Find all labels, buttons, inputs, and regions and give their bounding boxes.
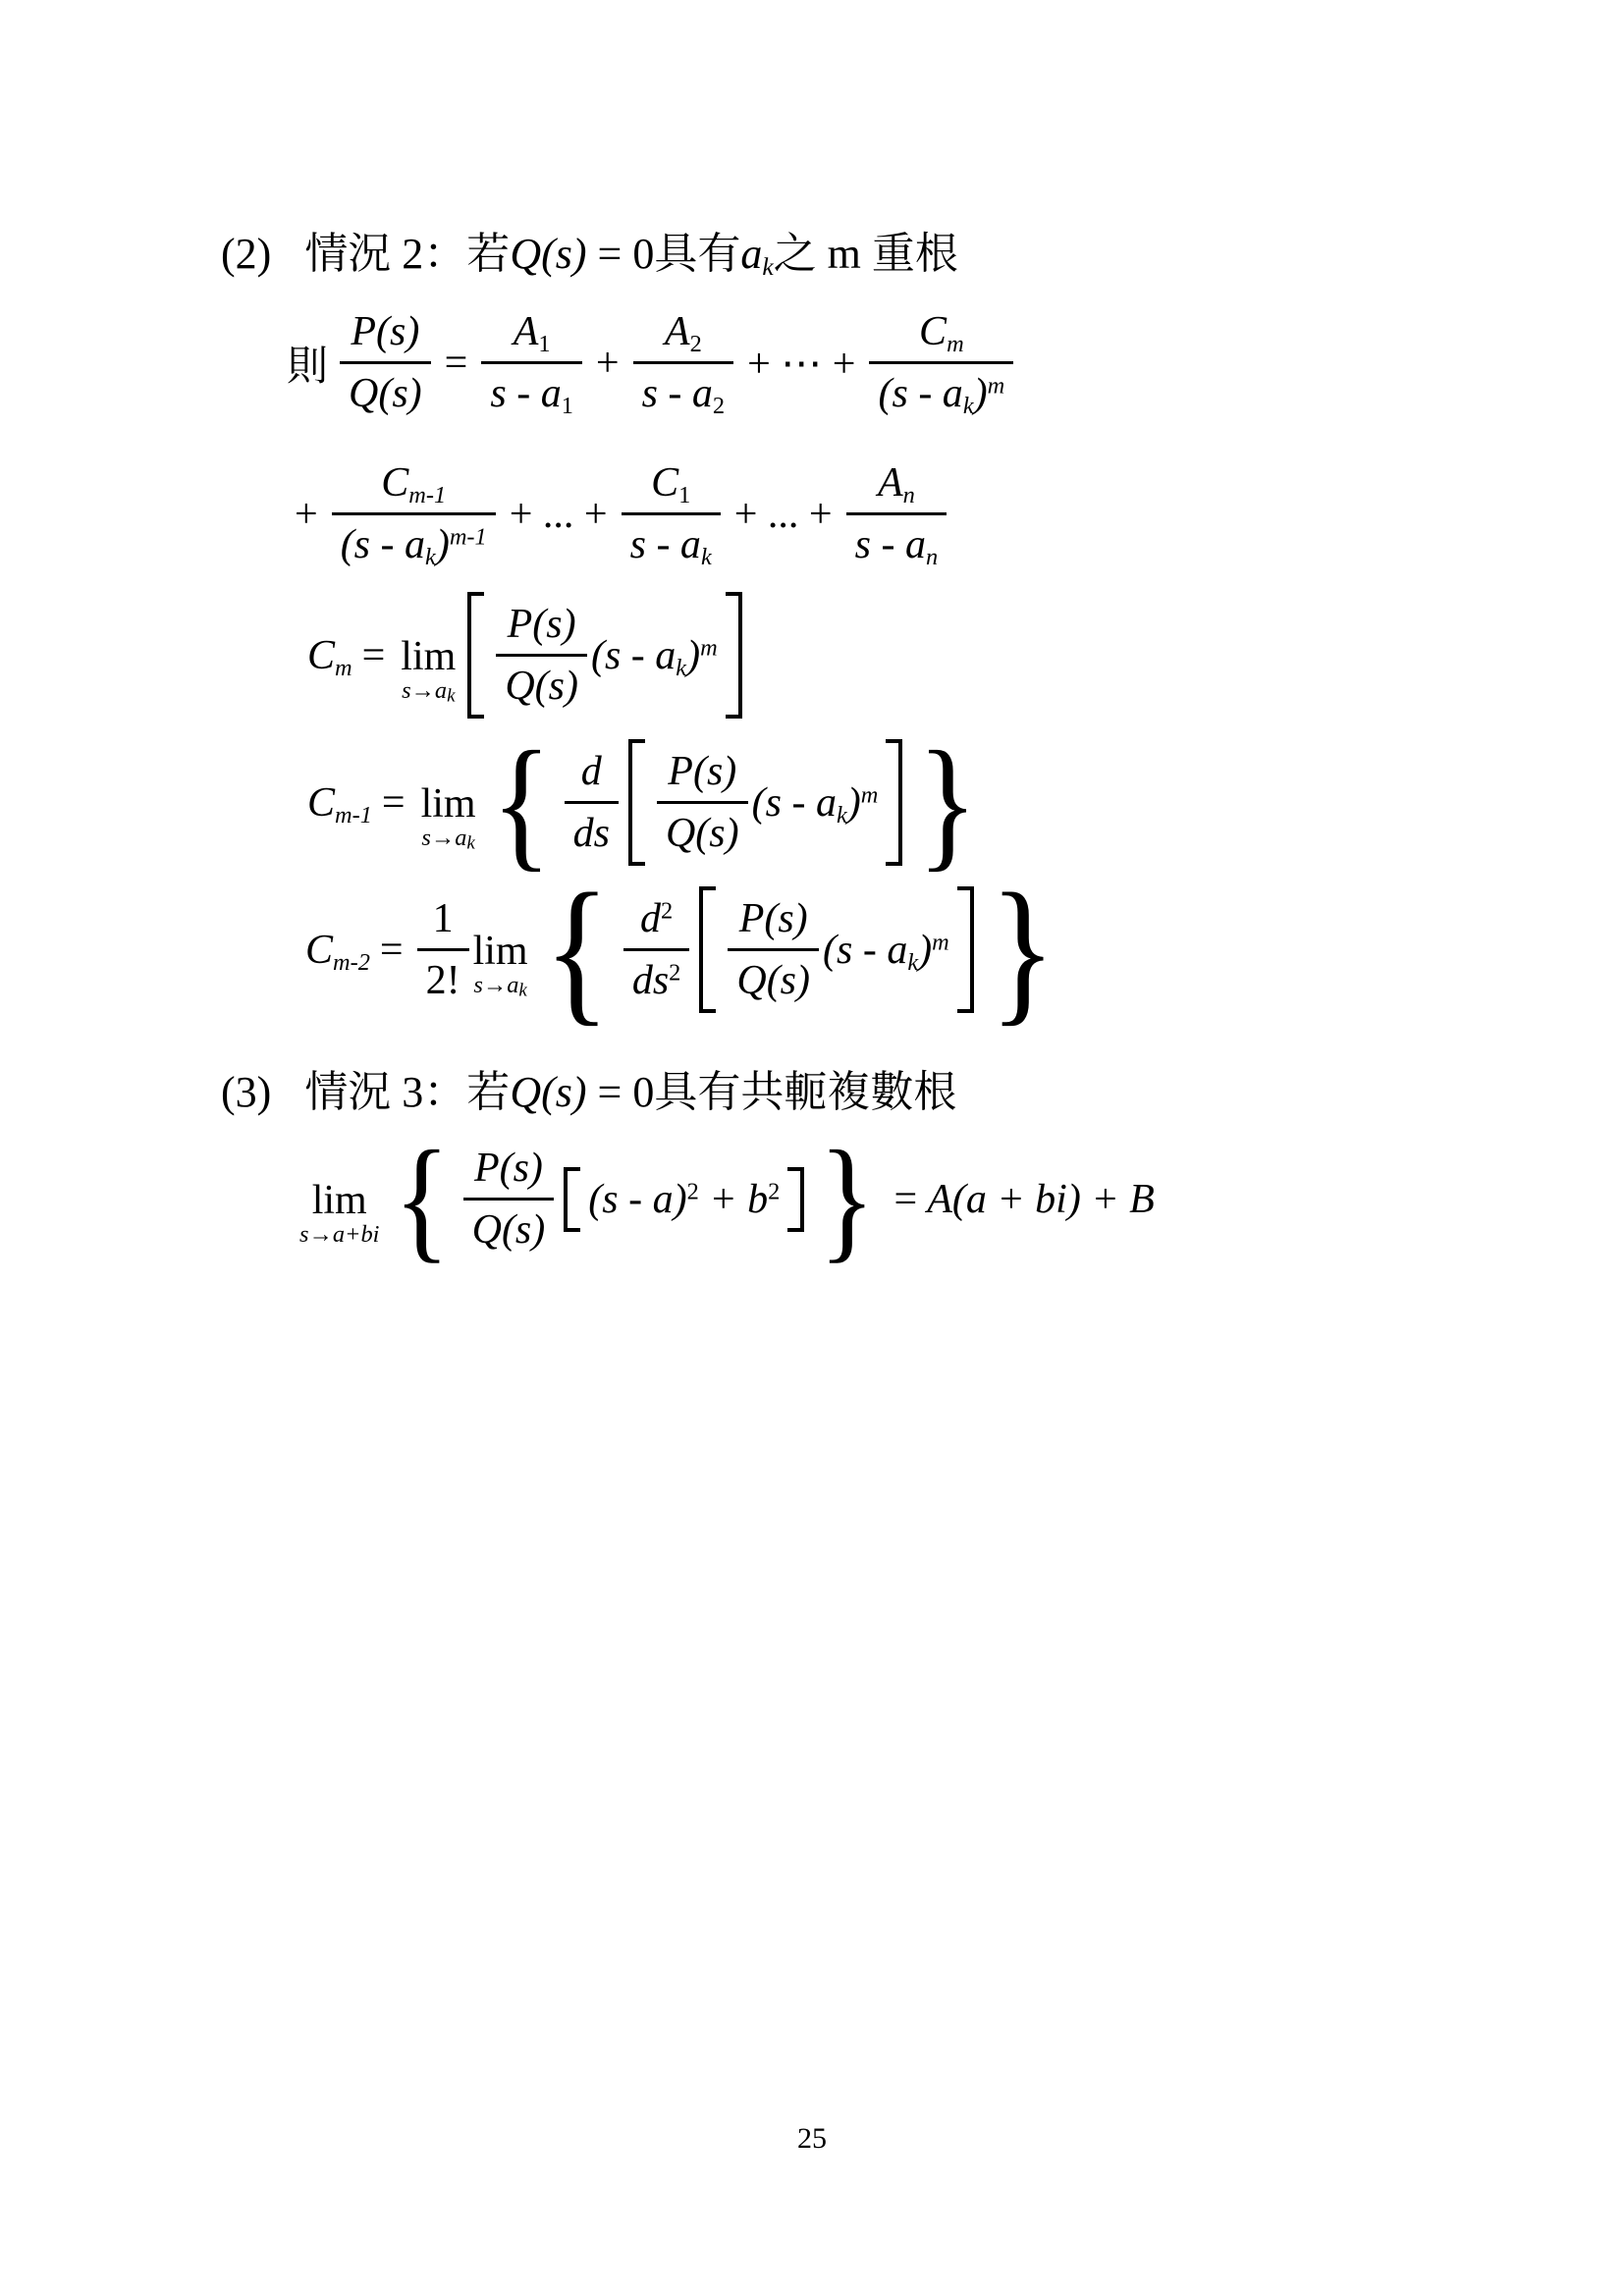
equals-sign: = [894,1176,918,1223]
equation-expansion-line1: 則 P(s) Q(s) = A1 s - a1 + A2 s - a2 + ⋯ … [287,308,1017,417]
heading-text-cjk: 情況 2：若 [304,230,510,278]
heading-text-cjk: 之 m 重根 [774,230,958,278]
fraction-d2-ds2: d2 ds2 [623,895,690,1004]
fraction-an: An s - an [846,459,947,568]
limit-subscript: s→ak [421,825,474,852]
factor-s-minus-ak-power-m: (s - ak)m [823,927,949,974]
right-bracket [726,592,742,719]
left-bracket [699,886,716,1013]
lhs-cm-1: Cm-1 [307,779,372,827]
denominator: ds [565,804,619,857]
denominator: 2! [417,951,469,1004]
limit-operator: lim s→ak [473,928,528,998]
lhs-cm-2: Cm-2 [305,927,370,974]
math-q-of-s: Q(s) [510,230,586,278]
plus-dots-plus: + ... + [734,491,833,538]
eq-lead-cjk: 則 [287,334,328,393]
denominator: (s - ak)m-1 [332,515,496,568]
section-3-heading: (3) 情況 3：若Q(s) = 0具有共軛複數根 [221,1056,956,1119]
fraction-ps-qs: P(s) Q(s) [657,748,748,857]
bracket-group: P(s) Q(s) (s - ak)m [628,748,902,857]
denominator: Q(s) [463,1201,555,1254]
numerator: A1 [481,308,582,364]
left-curly-brace: { [491,783,551,823]
numerator: P(s) [340,308,431,364]
equation-complex-roots: lim s→a+bi { P(s) Q(s) (s - a)2 + b2 } =… [299,1145,1155,1254]
fraction-c1: C1 s - ak [622,459,721,568]
factor-s-minus-ak-power-m: (s - ak)m [752,779,879,827]
left-curly-brace: { [544,931,610,970]
document-page: (2) 情況 2：若Q(s) = 0具有ak之 m 重根 則 P(s) Q(s)… [0,0,1624,2296]
equals-zero: = 0 [587,1068,655,1116]
left-bracket [467,592,484,719]
numerator: P(s) [463,1145,555,1201]
equals-sign: = [362,632,386,679]
limit-subscript: s→a+bi [299,1221,379,1249]
section-2-heading: (2) 情況 2：若Q(s) = 0具有ak之 m 重根 [221,218,958,281]
right-bracket [886,739,902,866]
equals-sign: = [380,927,404,974]
plus-sign: + [596,340,620,387]
equation-expansion-line2: + Cm-1 (s - ak)m-1 + ... + C1 s - ak + .… [295,459,950,568]
fraction-d-ds: d ds [565,748,619,857]
fraction-ps-qs: P(s) Q(s) [463,1145,555,1254]
numerator: Cm-1 [332,459,496,515]
rhs-expression: A(a + bi) + B [927,1176,1155,1223]
limit-operator: lim s→a+bi [299,1177,379,1248]
heading-text-cjk: 情況 3：若 [304,1068,510,1116]
denominator: (s - ak)m [869,364,1013,417]
fraction-a1: A1 s - a1 [481,308,582,417]
denominator: s - a2 [633,364,734,417]
fraction-ps-qs: P(s) Q(s) [496,601,587,710]
denominator: s - an [846,515,947,568]
equals-sign: = [445,340,468,387]
math-q-of-s: Q(s) [510,1068,586,1116]
denominator: Q(s) [340,364,431,417]
limit-subscript: s→ak [473,972,526,999]
numerator: P(s) [657,748,748,804]
numerator: A2 [633,308,734,364]
denominator: s - ak [622,515,721,568]
heading-text-cjk: 具有共軛複數根 [654,1068,956,1116]
left-bracket [564,1167,580,1232]
bracket-group: (s - a)2 + b2 [564,1176,804,1223]
factor-s-minus-ak-power-m: (s - ak)m [591,632,718,679]
fraction-cm: Cm (s - ak)m [869,308,1013,417]
denominator: s - a1 [481,364,582,417]
plus-cdots-plus: + ⋯ + [747,339,855,388]
fraction-one-over-2-factorial: 1 2! [417,895,469,1004]
section-2-marker: (2) [221,229,271,279]
plus-dots-plus: + ... + [510,491,608,538]
denominator: Q(s) [496,657,587,710]
section-3-marker: (3) [221,1067,271,1117]
fraction-ps-qs: P(s) Q(s) [728,895,819,1004]
section-3-title: 情況 3：若Q(s) = 0具有共軛複數根 [304,1056,956,1119]
right-curly-brace: } [819,1180,875,1219]
denominator: ds2 [623,951,690,1004]
numerator: An [846,459,947,515]
limit-subscript: s→ak [402,677,455,705]
fraction-a2: A2 s - a2 [633,308,734,417]
factor-quadratic: (s - a)2 + b2 [588,1176,780,1223]
numerator: P(s) [728,895,819,951]
numerator: C1 [622,459,721,515]
equation-cm-2: Cm-2 = 1 2! lim s→ak { d2 ds2 P(s) Q(s) … [305,895,1065,1004]
numerator: 1 [417,895,469,951]
bracket-group: P(s) Q(s) (s - ak)m [699,895,973,1004]
limit-operator: lim s→ak [421,780,476,851]
numerator: Cm [869,308,1013,364]
bracket-group: P(s) Q(s) (s - ak)m [467,601,741,710]
page-number: 25 [0,2122,1624,2156]
equation-cm: Cm = lim s→ak P(s) Q(s) (s - ak)m [307,601,748,710]
equals-zero: = 0 [587,230,655,278]
math-var-ak: ak [740,230,773,278]
right-curly-brace: } [918,783,978,823]
plus-sign: + [295,491,318,538]
equals-sign: = [382,779,406,827]
left-curly-brace: { [394,1180,450,1219]
left-bracket [628,739,645,866]
fraction-cm1: Cm-1 (s - ak)m-1 [332,459,496,568]
denominator: Q(s) [657,804,748,857]
limit-operator: lim s→ak [401,633,456,704]
numerator: P(s) [496,601,587,657]
right-bracket [787,1167,804,1232]
fraction-ps-qs: P(s) Q(s) [340,308,431,417]
numerator: d [565,748,619,804]
right-bracket [957,886,974,1013]
section-2-title: 情況 2：若Q(s) = 0具有ak之 m 重根 [304,218,958,281]
equation-cm-1: Cm-1 = lim s→ak { d ds P(s) Q(s) (s - ak… [307,748,987,857]
denominator: Q(s) [728,951,819,1004]
lhs-cm: Cm [307,632,352,679]
right-curly-brace: } [990,931,1056,970]
numerator: d2 [623,895,690,951]
heading-text-cjk: 具有 [654,230,740,278]
